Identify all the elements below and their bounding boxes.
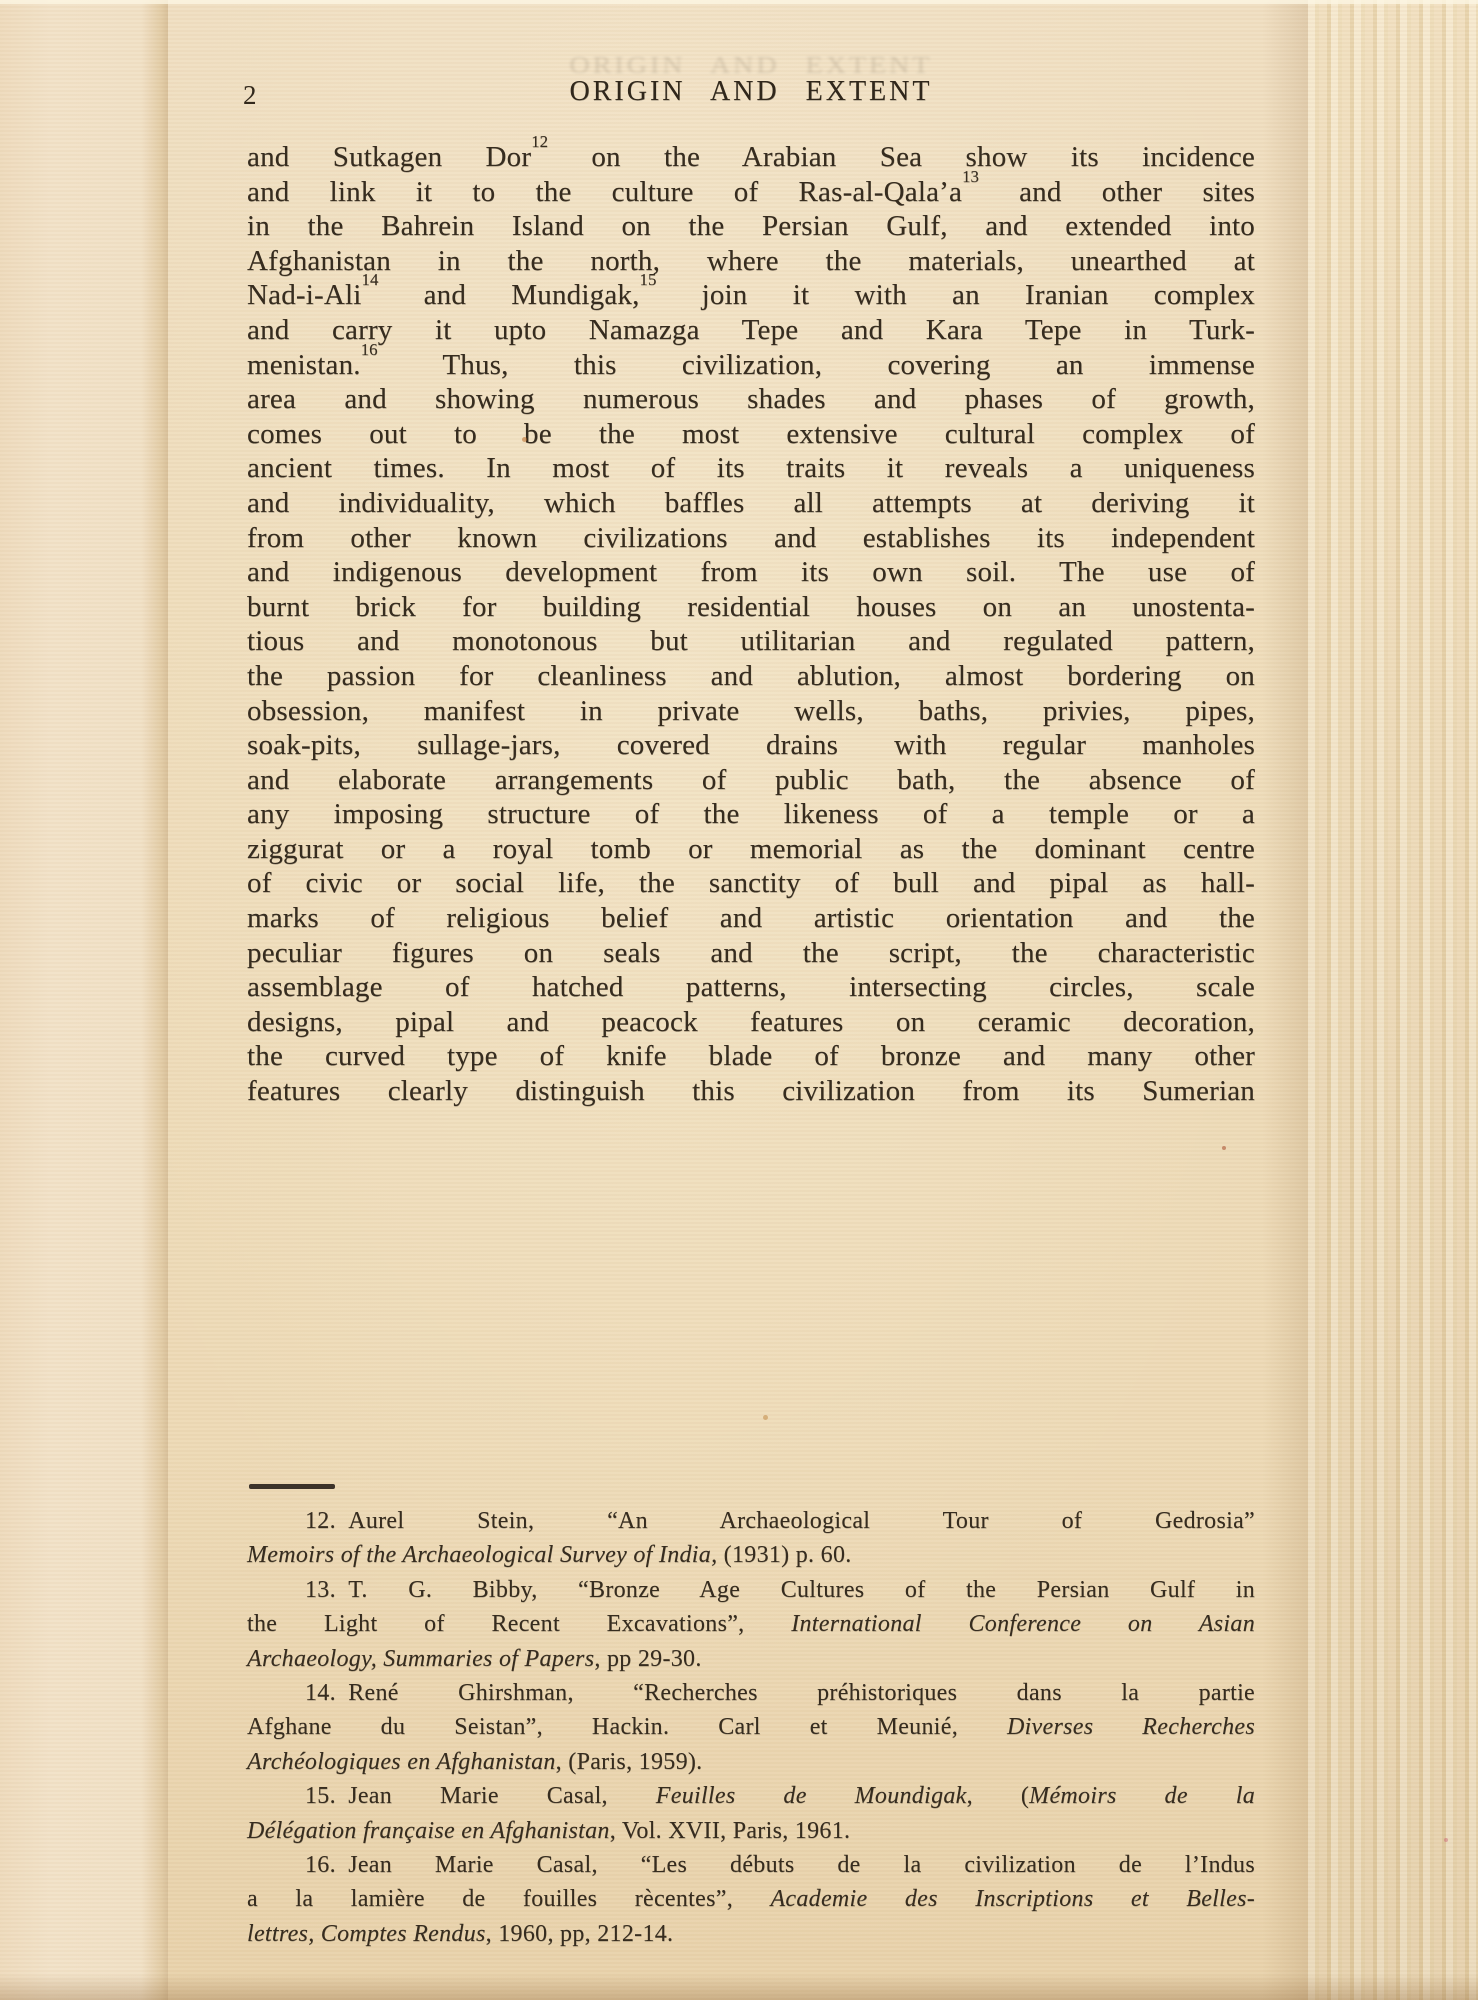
body-line: and indigenous development from its own … [247, 555, 1255, 590]
text-segment: in the Bahrein Island on the Persian Gul… [247, 210, 1255, 242]
footnote-line: Archaeology, Summaries of Papers, pp 29-… [247, 1642, 1255, 1676]
text-segment: assemblage of hatched patterns, intersec… [247, 971, 1255, 1003]
text-segment: Afghanistan in the north, where the mate… [247, 245, 1255, 277]
body-line: features clearly distinguish this civili… [247, 1074, 1255, 1109]
text-segment: Délégation française en Afghanistan [247, 1818, 610, 1844]
page-bottom-edge-shadow [0, 1974, 1478, 2000]
scan-speck [1222, 1146, 1226, 1150]
body-line: marks of religious belief and artistic o… [247, 901, 1255, 936]
footnote-reference: 15 [640, 270, 657, 289]
text-segment: and individuality, which baffles all att… [247, 487, 1255, 519]
body-line: and individuality, which baffles all att… [247, 486, 1255, 521]
body-line: soak-pits, sullage-jars, covered drains … [247, 728, 1255, 763]
text-segment: and other sites [979, 176, 1255, 208]
footnote-reference: 13 [962, 167, 979, 186]
footnote-line: 14. René Ghirshman, “Recherches préhisto… [247, 1676, 1255, 1710]
text-segment: Archaeology, Summaries of Papers [247, 1646, 594, 1672]
text-segment: join it with an Iranian complex [656, 279, 1255, 311]
text-segment: comes out to be the most extensive cultu… [247, 418, 1255, 450]
body-line: and elaborate arrangements of public bat… [247, 763, 1255, 798]
footnote-reference: 14 [362, 270, 379, 289]
text-segment: Afghane du Seistan”, Hackin. Carl et Meu… [247, 1714, 1007, 1740]
body-line: area and showing numerous shades and pha… [247, 382, 1255, 417]
footnote-reference: 16 [361, 340, 378, 359]
footnote-line: Memoirs of the Archaeological Survey of … [247, 1538, 1255, 1572]
footnotes: 12. Aurel Stein, “An Archaeological Tour… [247, 1504, 1255, 1951]
text-segment: 14. René Ghirshman, “Recherches préhisto… [305, 1680, 1255, 1706]
text-segment: menistan. [247, 349, 361, 381]
text-segment: peculiar figures on seals and the script… [247, 937, 1255, 969]
text-segment: and Mundigak, [378, 279, 639, 311]
text-segment: features clearly distinguish this civili… [247, 1075, 1255, 1107]
text-segment: soak-pits, sullage-jars, covered drains … [247, 729, 1255, 761]
text-segment: International Conference on Asian [791, 1611, 1255, 1637]
body-line: designs, pipal and peacock features on c… [247, 1005, 1255, 1040]
text-segment: of civic or social life, the sanctity of… [247, 867, 1255, 899]
scan-speck [763, 1415, 768, 1420]
body-line: from other known civilizations and estab… [247, 521, 1255, 556]
text-segment: and indigenous development from its own … [247, 556, 1255, 588]
text-segment: 12. Aurel Stein, “An Archaeological Tour… [305, 1508, 1255, 1534]
text-segment: the curved type of knife blade of bronze… [247, 1040, 1255, 1072]
text-segment: area and showing numerous shades and pha… [247, 383, 1255, 415]
page-gutter-shadow [1262, 0, 1308, 2000]
text-segment: and carry it upto Namazga Tepe and Kara … [247, 314, 1255, 346]
body-line: any imposing structure of the likeness o… [247, 797, 1255, 832]
text-segment: and elaborate arrangements of public bat… [247, 764, 1255, 796]
body-text: and Sutkagen Dor12 on the Arabian Sea sh… [247, 140, 1255, 1109]
body-line: comes out to be the most extensive cultu… [247, 417, 1255, 452]
text-segment: designs, pipal and peacock features on c… [247, 1006, 1255, 1038]
footnote-line: lettres, Comptes Rendus, 1960, pp, 212-1… [247, 1917, 1255, 1951]
footnote-reference: 12 [531, 132, 548, 151]
page-header: ORIGIN AND EXTENT [247, 76, 1255, 108]
body-line: assemblage of hatched patterns, intersec… [247, 970, 1255, 1005]
text-segment: Memoirs of the Archaeological Survey of … [247, 1542, 717, 1568]
body-line: Nad-i-Ali14 and Mundigak,15 join it with… [247, 278, 1255, 313]
text-segment: ancient times. In most of its traits it … [247, 452, 1255, 484]
text-segment: , Vol. XVII, Paris, 1961. [610, 1818, 851, 1844]
text-segment: the Light of Recent Excavations”, [247, 1611, 791, 1637]
body-line: of civic or social life, the sanctity of… [247, 866, 1255, 901]
body-line: ziggurat or a royal tomb or memorial as … [247, 832, 1255, 867]
text-segment: , ( [967, 1783, 1030, 1809]
body-line: and carry it upto Namazga Tepe and Kara … [247, 313, 1255, 348]
footnote-line: Délégation française en Afghanistan, Vol… [247, 1814, 1255, 1848]
text-segment: Diverses Recherches [1007, 1714, 1255, 1740]
text-segment: Archéologiques en Afghanistan [247, 1749, 556, 1775]
body-line: burnt brick for building residential hou… [247, 590, 1255, 625]
text-segment: and Sutkagen Dor [247, 141, 531, 173]
body-line: peculiar figures on seals and the script… [247, 936, 1255, 971]
text-segment: 13. T. G. Bibby, “Bronze Age Cultures of… [305, 1577, 1255, 1603]
footnote-line: Afghane du Seistan”, Hackin. Carl et Meu… [247, 1710, 1255, 1744]
text-segment: , 1960, pp, 212-14. [486, 1921, 674, 1947]
body-line: obsession, manifest in private wells, ba… [247, 694, 1255, 729]
text-segment: tious and monotonous but utilitarian and… [247, 625, 1255, 657]
body-line: ancient times. In most of its traits it … [247, 451, 1255, 486]
footnote-line: Archéologiques en Afghanistan, (Paris, 1… [247, 1745, 1255, 1779]
footnote-line: 12. Aurel Stein, “An Archaeological Tour… [247, 1504, 1255, 1538]
text-segment: Nad-i-Ali [247, 279, 362, 311]
text-segment: Academie des Inscriptions et Belles- [770, 1886, 1255, 1912]
body-line: Afghanistan in the north, where the mate… [247, 244, 1255, 279]
text-segment: 16. Jean Marie Casal, “Les débuts de la … [305, 1852, 1255, 1878]
text-segment: on the Arabian Sea show its incidence [548, 141, 1255, 173]
text-segment: marks of religious belief and artistic o… [247, 902, 1255, 934]
scanned-book-page: ORIGIN AND EXTENT 2 ORIGIN AND EXTENT an… [0, 0, 1478, 2000]
text-segment: Mémoirs de la [1029, 1783, 1255, 1809]
text-segment: , (Paris, 1959). [556, 1749, 703, 1775]
footnote-line: a la lamière de fouilles rècentes”, Acad… [247, 1882, 1255, 1916]
text-segment: , pp 29-30. [594, 1646, 701, 1672]
body-line: and link it to the culture of Ras-al-Qal… [247, 175, 1255, 210]
text-segment: burnt brick for building residential hou… [247, 591, 1255, 623]
text-segment: from other known civilizations and estab… [247, 522, 1255, 554]
body-line: the passion for cleanliness and ablution… [247, 659, 1255, 694]
footnote-line: the Light of Recent Excavations”, Intern… [247, 1607, 1255, 1641]
text-segment: ziggurat or a royal tomb or memorial as … [247, 833, 1255, 865]
text-segment: and link it to the culture of Ras-al-Qal… [247, 176, 962, 208]
text-segment: lettres, Comptes Rendus [247, 1921, 486, 1947]
body-line: tious and monotonous but utilitarian and… [247, 624, 1255, 659]
text-segment: Thus, this civilization, covering an imm… [378, 349, 1255, 381]
text-segment: the passion for cleanliness and ablution… [247, 660, 1255, 692]
body-line: in the Bahrein Island on the Persian Gul… [247, 209, 1255, 244]
footnote-line: 16. Jean Marie Casal, “Les débuts de la … [247, 1848, 1255, 1882]
body-line: menistan.16 Thus, this civilization, cov… [247, 348, 1255, 383]
body-line: the curved type of knife blade of bronze… [247, 1039, 1255, 1074]
body-line: and Sutkagen Dor12 on the Arabian Sea sh… [247, 140, 1255, 175]
text-segment: obsession, manifest in private wells, ba… [247, 695, 1255, 727]
text-segment: (1931) p. 60. [717, 1542, 851, 1568]
footnote-line: 15. Jean Marie Casal, Feuilles de Moundi… [247, 1779, 1255, 1813]
text-segment: 15. Jean Marie Casal, [305, 1783, 656, 1809]
text-segment: a la lamière de fouilles rècentes”, [247, 1886, 770, 1912]
page-left-margin-texture [0, 0, 168, 2000]
footnote-separator-rule [249, 1484, 335, 1489]
page-right-edge-texture [1308, 0, 1478, 2000]
text-segment: Feuilles de Moundigak [656, 1783, 967, 1809]
text-segment: any imposing structure of the likeness o… [247, 798, 1255, 830]
footnote-line: 13. T. G. Bibby, “Bronze Age Cultures of… [247, 1573, 1255, 1607]
page-top-edge [0, 0, 1478, 4]
